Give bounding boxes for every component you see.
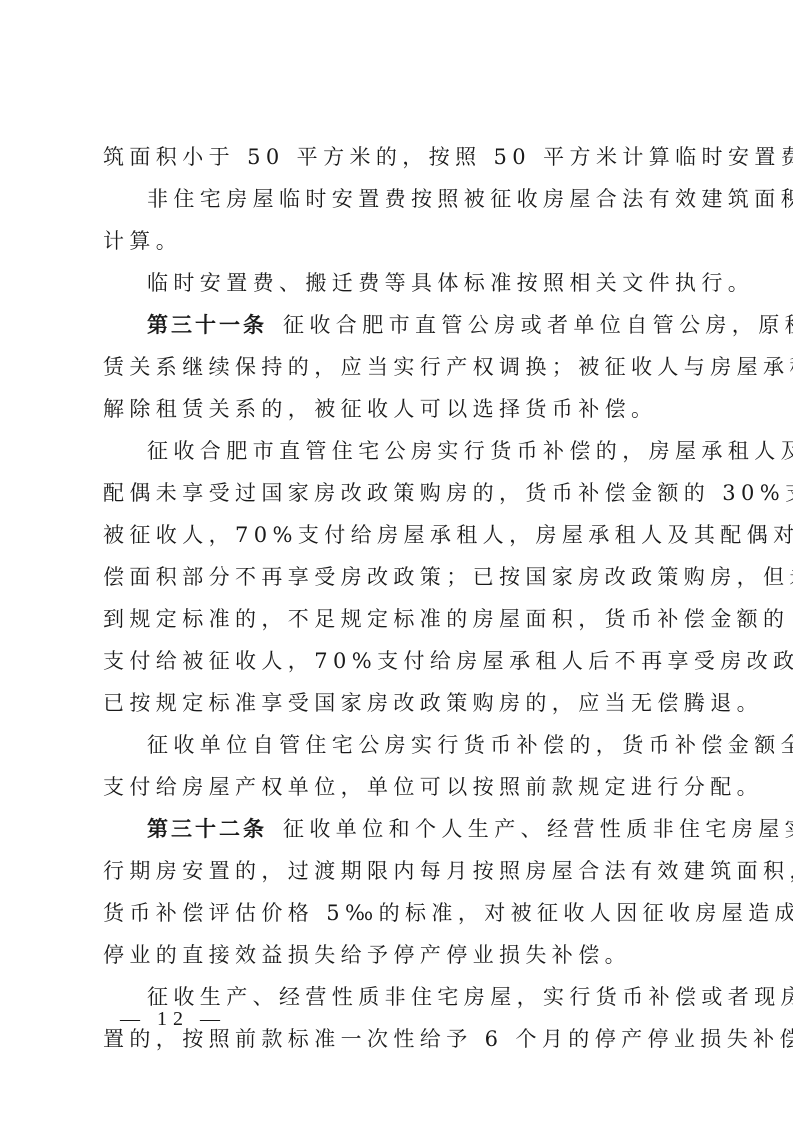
line-text: 非住宅房屋临时安置费按照被征收房屋合法有效建筑面积 <box>147 187 793 211</box>
text-line: 支付给被征收人，70%支付给房屋承租人后不再享受房改政策； <box>103 640 699 682</box>
document-page: 筑面积小于 50 平方米的，按照 50 平方米计算临时安置费。 非住宅房屋临时安… <box>103 136 699 1060</box>
line-text: 解除租赁关系的，被征收人可以选择货币补偿。 <box>103 397 657 421</box>
text-line: 计算。 <box>103 220 699 262</box>
text-line: 停业的直接效益损失给予停产停业损失补偿。 <box>103 934 699 976</box>
text-line: 支付给房屋产权单位，单位可以按照前款规定进行分配。 <box>103 766 699 808</box>
article-32-heading-line: 第三十二条征收单位和个人生产、经营性质非住宅房屋实 <box>103 808 699 850</box>
line-text: 赁关系继续保持的，应当实行产权调换；被征收人与房屋承租人 <box>103 355 793 379</box>
text-line: 行期房安置的，过渡期限内每月按照房屋合法有效建筑面积，按 <box>103 850 699 892</box>
text-line: 已按规定标准享受国家房改政策购房的，应当无偿腾退。 <box>103 682 699 724</box>
line-text: 支付给房屋产权单位，单位可以按照前款规定进行分配。 <box>103 775 763 799</box>
line-text: 货币补偿评估价格 5‰的标准，对被征收人因征收房屋造成停产 <box>103 901 793 925</box>
text-line: 筑面积小于 50 平方米的，按照 50 平方米计算临时安置费。 <box>103 136 699 178</box>
line-text: 已按规定标准享受国家房改政策购房的，应当无偿腾退。 <box>103 691 763 715</box>
line-text: 支付给被征收人，70%支付给房屋承租人后不再享受房改政策； <box>103 649 793 673</box>
text-line: 到规定标准的，不足规定标准的房屋面积，货币补偿金额的 30% <box>103 598 699 640</box>
text-line: 解除租赁关系的，被征收人可以选择货币补偿。 <box>103 388 699 430</box>
article-number: 第三十二条 <box>147 817 267 841</box>
line-text: 征收生产、经营性质非住宅房屋，实行货币补偿或者现房安 <box>147 985 793 1009</box>
line-text: 筑面积小于 50 平方米的，按照 50 平方米计算临时安置费。 <box>103 145 793 169</box>
line-text: 征收合肥市直管住宅公房实行货币补偿的，房屋承租人及其 <box>147 439 793 463</box>
text-line: 赁关系继续保持的，应当实行产权调换；被征收人与房屋承租人 <box>103 346 699 388</box>
line-text: 偿面积部分不再享受房改政策；已按国家房改政策购房，但未达 <box>103 565 793 589</box>
text-line: 征收合肥市直管住宅公房实行货币补偿的，房屋承租人及其 <box>103 430 699 472</box>
line-text: 临时安置费、搬迁费等具体标准按照相关文件执行。 <box>147 271 754 295</box>
text-line: 临时安置费、搬迁费等具体标准按照相关文件执行。 <box>103 262 699 304</box>
article-31-heading-line: 第三十一条征收合肥市直管公房或者单位自管公房，原租 <box>103 304 699 346</box>
line-text: 到规定标准的，不足规定标准的房屋面积，货币补偿金额的 30% <box>103 607 793 631</box>
page-number: — 12 — <box>120 1008 226 1031</box>
text-line: 征收单位自管住宅公房实行货币补偿的，货币补偿金额全额 <box>103 724 699 766</box>
line-text: 计算。 <box>103 229 182 253</box>
line-text: 被征收人，70%支付给房屋承租人，房屋承租人及其配偶对已补 <box>103 523 793 547</box>
line-text: 行期房安置的，过渡期限内每月按照房屋合法有效建筑面积，按 <box>103 859 793 883</box>
line-text: 征收单位和个人生产、经营性质非住宅房屋实 <box>283 817 793 841</box>
text-line: 配偶未享受过国家房改政策购房的，货币补偿金额的 30%支付给 <box>103 472 699 514</box>
text-line: 被征收人，70%支付给房屋承租人，房屋承租人及其配偶对已补 <box>103 514 699 556</box>
line-text: 征收合肥市直管公房或者单位自管公房，原租 <box>283 313 793 337</box>
line-text: 征收单位自管住宅公房实行货币补偿的，货币补偿金额全额 <box>147 733 793 757</box>
article-number: 第三十一条 <box>147 313 267 337</box>
text-line: 偿面积部分不再享受房改政策；已按国家房改政策购房，但未达 <box>103 556 699 598</box>
text-line: 货币补偿评估价格 5‰的标准，对被征收人因征收房屋造成停产 <box>103 892 699 934</box>
text-line: 非住宅房屋临时安置费按照被征收房屋合法有效建筑面积 <box>103 178 699 220</box>
line-text: 配偶未享受过国家房改政策购房的，货币补偿金额的 30%支付给 <box>103 481 793 505</box>
line-text: 停业的直接效益损失给予停产停业损失补偿。 <box>103 943 631 967</box>
